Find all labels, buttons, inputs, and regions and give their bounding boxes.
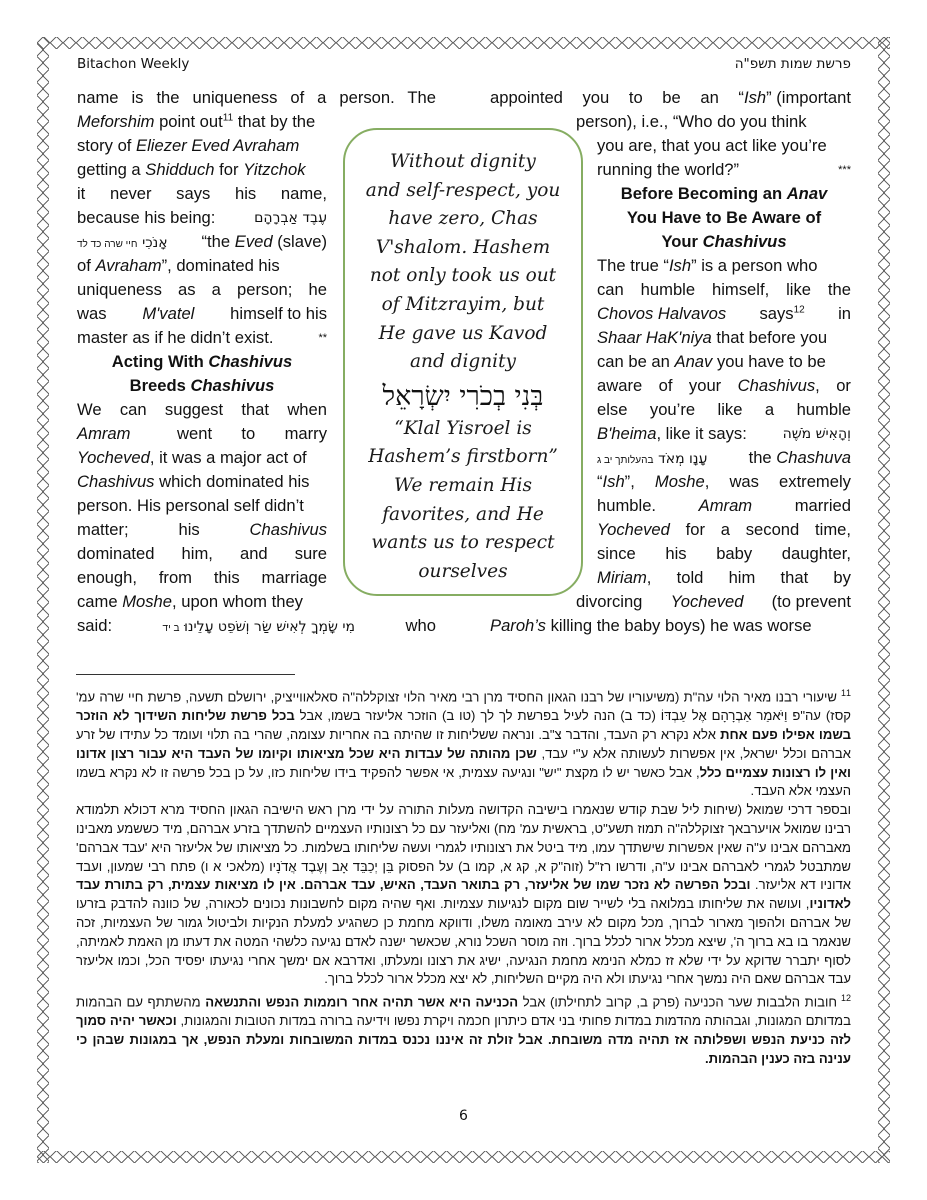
text-line: uniqueness as a person; he [77,278,327,302]
text-line: person), i.e., “Who do you think [576,110,851,134]
text-line: awareofyourChashivus,or [597,374,851,398]
page-number: 6 [0,1108,927,1124]
text-line: since his baby daughter, [597,542,851,566]
text-line: matter;hisChashivus [77,518,327,542]
text-line: Chovos Halvavossays12in [597,302,851,326]
footnote-11: 11שיעורי רבנו מאיר הלוי עה"ת (משיעוריו ש… [76,684,851,801]
section-heading-acting-with-chashivus: Acting With Chashivus [77,350,327,374]
text-line: enough, from this marriage [77,566,327,590]
text-line: can be an Anav you have to be [597,350,826,374]
text-line: else you’re like a humble [597,398,851,422]
text-line: name is the uniqueness of a person. The [77,86,436,110]
section-heading-line3: Your Chashivus [597,230,851,254]
text-line: can humble himself, like the [597,278,851,302]
section-heading-before-becoming-an-anav: Before Becoming an Anav [597,182,851,206]
pull-quote-text-2: “Klal Yisroel is Hashem’s firstborn” We … [345,415,581,587]
text-line: you are, that you act like you’re [597,134,851,158]
text-line: story of Eliezer Eved Avraham [77,134,299,158]
text-line: it never says his name, [77,182,327,206]
footnote-ref-11[interactable]: 11 [223,112,233,123]
text-line: of Avraham”, dominated his [77,254,327,278]
text-line: running the world?”*** [597,158,851,182]
border-left [37,37,49,1163]
publication-title: Bitachon Weekly [77,56,189,72]
footnote-11-cont: ובספר דרכי שמואל (שיחות ליל שבת קודש שנא… [76,801,851,989]
text-line: Chashivus which dominated his [77,470,309,494]
pull-quote-box: Without dignity and self-respect, you ha… [343,128,583,596]
text-line: getting a Shidduch for Yitzchok [77,158,306,182]
text-line: because his being:‫עֶבֶד אַבְרָהָם‬ [77,206,327,230]
text-line: humble.Amrammarried [597,494,851,518]
text-line: Yocheved, it was a major act of [77,446,307,470]
text-line: master as if he didn’t exist.** [77,326,327,350]
text-line: Amramwenttomarry [77,422,327,446]
text-line: came Moshe, upon whom they [77,590,303,614]
text-line: Meforshim point out11 that by the [77,110,347,134]
pull-quote-text: Without dignity and self-respect, you ha… [345,148,581,377]
text-line: Yochevedforasecondtime, [597,518,851,542]
border-top [37,37,890,49]
footnote-12: 12חובות הלבבות שער הכניעה (פרק ב, קרוב ל… [76,989,851,1069]
text-line: “Ish”,Moshe,wasextremely [597,470,851,494]
section-heading-line2: You Have to Be Aware of [597,206,851,230]
border-bottom [37,1151,890,1163]
footnote-separator [76,674,295,675]
text-line: We can suggest that when [77,398,327,422]
text-line: Shaar HaK'niya that before you [597,326,827,350]
text-line: B'heima, like it says:וְהָאִישׁ מֹשֶׁה [597,422,851,446]
parsha-title: פרשת שמות תשפ"ה [735,56,851,72]
text-line: Miriam,toldhimthatby [597,566,851,590]
text-line: The true “Ish” is a person who [597,254,851,278]
text-line: appointedyoutobean“Ish” (important [490,86,851,110]
footnote-ref-12[interactable]: 12 [794,304,805,315]
text-line: person. His personal self didn’t [77,494,304,518]
border-right [878,37,890,1163]
pull-quote-hebrew: בְּנִי בְכֹרִי יִשְׂרָאֵל [345,379,581,415]
text-line: Paroh’s killing the baby boys) he was wo… [490,614,851,638]
text-line: divorcing Yocheved (to prevent [576,590,851,614]
text-line: wasM'vatelhimself to his [77,302,327,326]
text-line: dominated him, and sure [77,542,327,566]
section-heading-line2: Breeds Chashivus [77,374,327,398]
text-line: said:מִי שָׂמְךָ לְאִישׁ שַׂר וְשֹׁפֵט ע… [77,614,436,641]
footnotes: 11שיעורי רבנו מאיר הלוי עה"ת (משיעוריו ש… [76,684,851,1069]
